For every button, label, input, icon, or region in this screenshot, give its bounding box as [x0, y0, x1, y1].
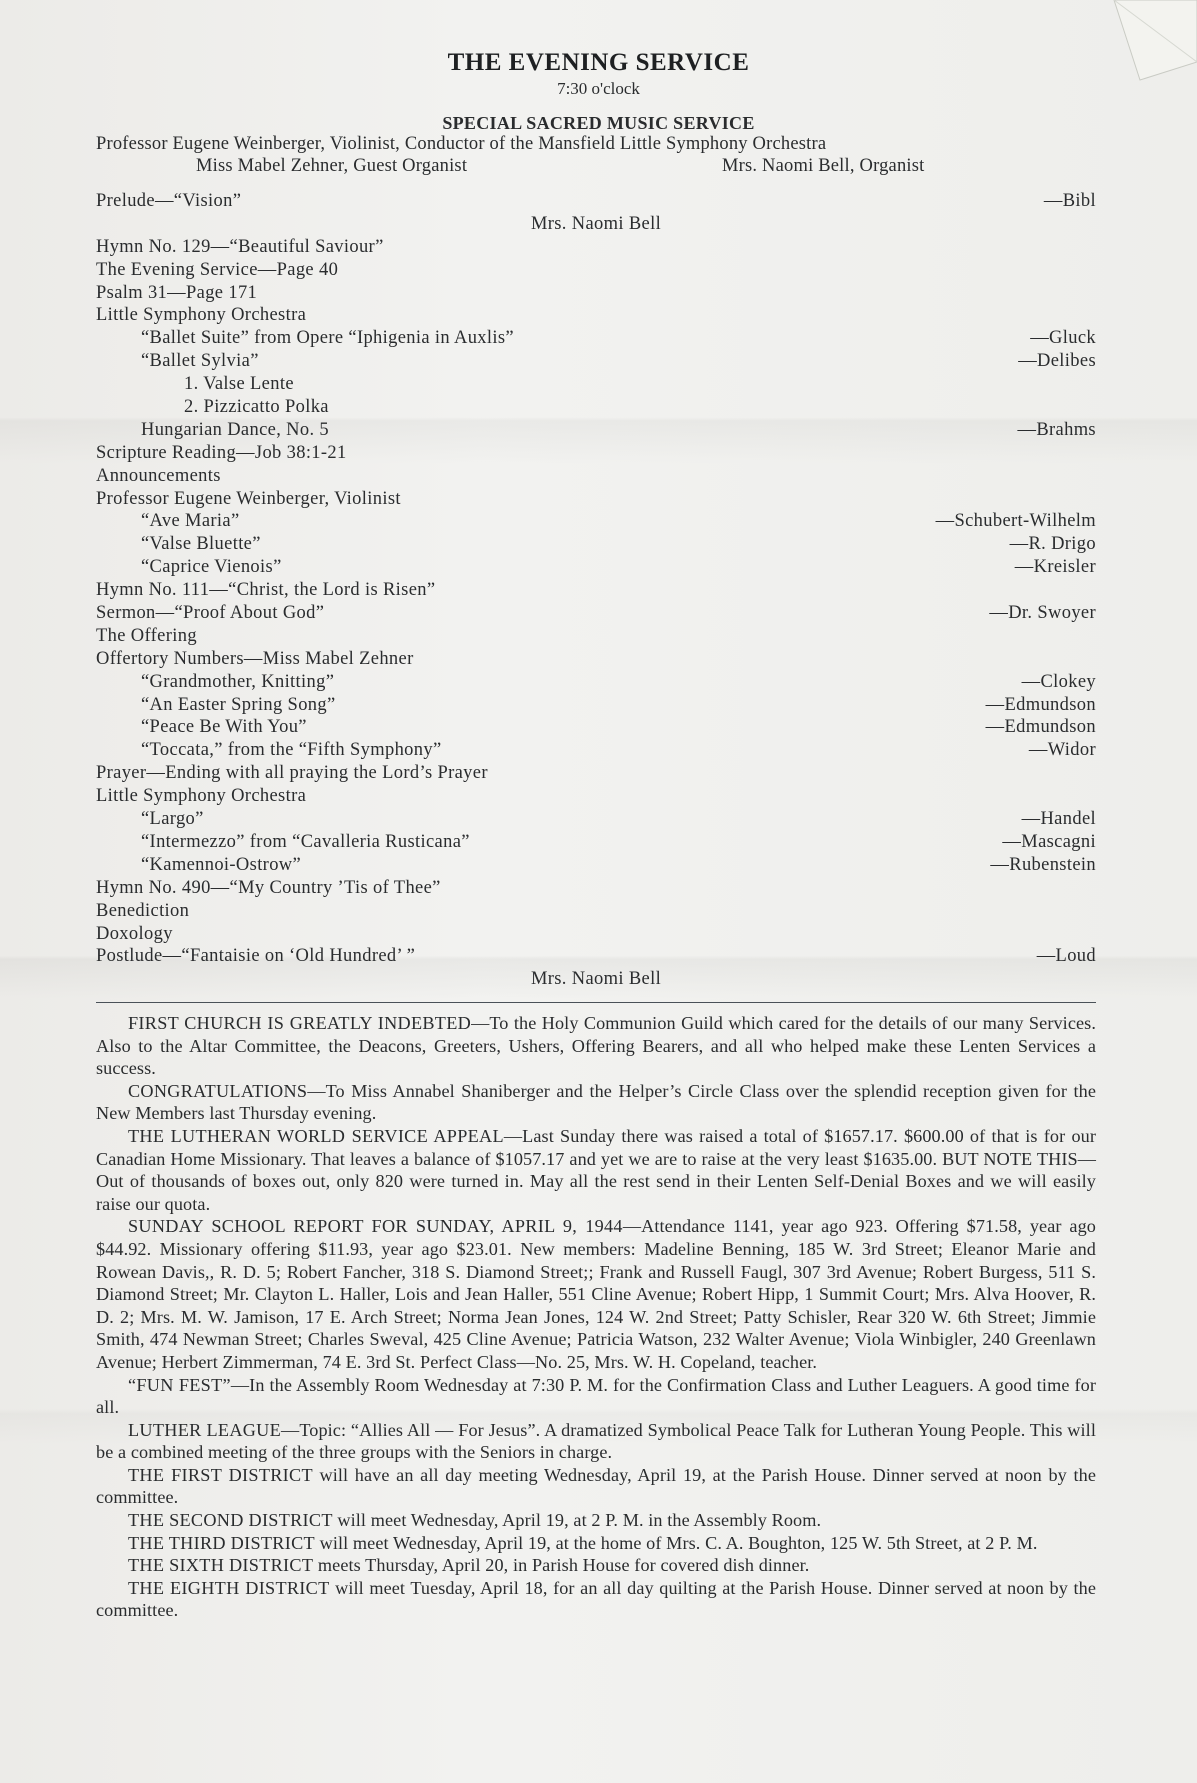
notice-heading: LUTHER LEAGUE: [128, 1420, 281, 1440]
notice-heading: THE FIRST DISTRICT: [128, 1465, 313, 1485]
program-item: 1. Valse Lente: [96, 373, 1096, 396]
notice-paragraph: THE LUTHERAN WORLD SERVICE APPEAL—Last S…: [96, 1125, 1096, 1215]
program-item: Little Symphony Orchestra: [96, 785, 1096, 808]
notice-paragraph: “FUN FEST”—In the Assembly Room Wednesda…: [96, 1374, 1096, 1419]
program-item-composer: —Schubert-Wilhelm: [936, 510, 1096, 533]
program-item: “Peace Be With You”—Edmundson: [96, 716, 1096, 739]
notice-body: will meet Wednesday, April 19, at the ho…: [315, 1533, 1038, 1553]
program-list: Prelude—“Vision”—BiblMrs. Naomi BellHymn…: [96, 190, 1096, 991]
program-item-title: The Offering: [96, 625, 197, 648]
program-item-title: Little Symphony Orchestra: [96, 785, 306, 808]
program-item-title: “Toccata,” from the “Fifth Symphony”: [141, 739, 442, 762]
program-item-title: Prayer—Ending with all praying the Lord’…: [96, 762, 488, 785]
program-item-title: Offertory Numbers—Miss Mabel Zehner: [96, 648, 414, 671]
notice-heading: SUNDAY SCHOOL REPORT FOR SUNDAY, APRIL 9…: [128, 1216, 623, 1236]
notice-heading: FIRST CHURCH IS GREATLY INDEBTED: [128, 1013, 471, 1033]
program-item-title: Mrs. Naomi Bell: [96, 968, 1096, 991]
service-header: THE EVENING SERVICE 7:30 o'clock SPECIAL…: [0, 48, 1197, 134]
program-item: Hymn No. 129—“Beautiful Saviour”: [96, 236, 1096, 259]
program-item-title: “An Easter Spring Song”: [141, 694, 336, 717]
program-item: Hymn No. 111—“Christ, the Lord is Risen”: [96, 579, 1096, 602]
program-item: Professor Eugene Weinberger, Violinist: [96, 488, 1096, 511]
program-item-title: Sermon—“Proof About God”: [96, 602, 324, 625]
notice-paragraph: FIRST CHURCH IS GREATLY INDEBTED—To the …: [96, 1012, 1096, 1080]
program-item-title: “Intermezzo” from “Cavalleria Rusticana”: [141, 831, 470, 854]
program-item: “Ave Maria”—Schubert-Wilhelm: [96, 510, 1096, 533]
notice-paragraph: THE FIRST DISTRICT will have an all day …: [96, 1464, 1096, 1509]
program-item-composer: —Bibl: [1044, 190, 1096, 213]
program-item-title: Scripture Reading—Job 38:1-21: [96, 442, 347, 465]
program-item-title: Prelude—“Vision”: [96, 190, 241, 213]
service-time: 7:30 o'clock: [0, 78, 1197, 100]
program-item-composer: —R. Drigo: [1010, 533, 1096, 556]
program-item: “Caprice Vienois”—Kreisler: [96, 556, 1096, 579]
program-item-title: Postlude—“Fantaisie on ‘Old Hundred’ ”: [96, 945, 415, 968]
program-item-composer: —Rubenstein: [990, 854, 1096, 877]
program-item-composer: —Edmundson: [986, 694, 1096, 717]
notice-heading: THE SECOND DISTRICT: [128, 1510, 333, 1530]
organist: Mrs. Naomi Bell, Organist: [722, 155, 925, 177]
notice-paragraph: THE SIXTH DISTRICT meets Thursday, April…: [96, 1554, 1096, 1577]
program-item-title: Professor Eugene Weinberger, Violinist: [96, 488, 401, 511]
program-item: Mrs. Naomi Bell: [96, 213, 1096, 236]
notice-paragraph: CONGRATULATIONS—To Miss Annabel Shaniber…: [96, 1080, 1096, 1125]
notice-paragraph: SUNDAY SCHOOL REPORT FOR SUNDAY, APRIL 9…: [96, 1215, 1096, 1373]
notice-paragraph: LUTHER LEAGUE—Topic: “Allies All — For J…: [96, 1419, 1096, 1464]
notice-heading: THE EIGHTH DISTRICT: [128, 1578, 330, 1598]
program-item: Prayer—Ending with all praying the Lord’…: [96, 762, 1096, 785]
program-item-title: The Evening Service—Page 40: [96, 259, 338, 282]
program-item: Hungarian Dance, No. 5—Brahms: [96, 419, 1096, 442]
program-item-title: Doxology: [96, 923, 173, 946]
program-item-title: Little Symphony Orchestra: [96, 304, 306, 327]
program-item-composer: —Clokey: [1022, 671, 1096, 694]
notice-heading: THE SIXTH DISTRICT: [128, 1555, 313, 1575]
program-item: “Toccata,” from the “Fifth Symphony”—Wid…: [96, 739, 1096, 762]
notice-body: will meet Wednesday, April 19, at 2 P. M…: [333, 1510, 821, 1530]
notice-paragraph: THE SECOND DISTRICT will meet Wednesday,…: [96, 1509, 1096, 1532]
program-item: “Intermezzo” from “Cavalleria Rusticana”…: [96, 831, 1096, 854]
program-item-title: “Ballet Sylvia”: [141, 350, 259, 373]
program-item-title: “Valse Bluette”: [141, 533, 261, 556]
program-item: “Kamennoi-Ostrow”—Rubenstein: [96, 854, 1096, 877]
program-item-composer: —Dr. Swoyer: [989, 602, 1096, 625]
program-item-title: “Caprice Vienois”: [141, 556, 282, 579]
notice-heading: THE THIRD DISTRICT: [128, 1533, 315, 1553]
notice-body: meets Thursday, April 20, in Parish Hous…: [313, 1555, 809, 1575]
program-item: Mrs. Naomi Bell: [96, 968, 1096, 991]
notices-section: FIRST CHURCH IS GREATLY INDEBTED—To the …: [96, 1012, 1096, 1622]
program-item-title: “Ave Maria”: [141, 510, 240, 533]
program-item: Hymn No. 490—“My Country ’Tis of Thee”: [96, 877, 1096, 900]
page-title: THE EVENING SERVICE: [0, 48, 1197, 78]
performers-block: Professor Eugene Weinberger, Violinist, …: [96, 133, 1096, 177]
program-item-composer: —Delibes: [1018, 350, 1096, 373]
guest-organist: Miss Mabel Zehner, Guest Organist: [196, 155, 467, 177]
program-item-title: Mrs. Naomi Bell: [96, 213, 1096, 236]
program-item-title: Announcements: [96, 465, 221, 488]
notice-paragraph: THE EIGHTH DISTRICT will meet Tuesday, A…: [96, 1577, 1096, 1622]
program-item-title: “Largo”: [141, 808, 204, 831]
notice-paragraph: THE THIRD DISTRICT will meet Wednesday, …: [96, 1532, 1096, 1555]
program-item-title: 1. Valse Lente: [184, 373, 294, 396]
program-item-title: “Ballet Suite” from Opere “Iphigenia in …: [141, 327, 514, 350]
program-item-composer: —Mascagni: [1002, 831, 1096, 854]
program-item: Little Symphony Orchestra: [96, 304, 1096, 327]
program-item: “An Easter Spring Song”—Edmundson: [96, 694, 1096, 717]
program-item: “Ballet Suite” from Opere “Iphigenia in …: [96, 327, 1096, 350]
program-item: “Valse Bluette”—R. Drigo: [96, 533, 1096, 556]
program-item-title: Benediction: [96, 900, 189, 923]
program-item: Announcements: [96, 465, 1096, 488]
notice-body: —In the Assembly Room Wednesday at 7:30 …: [96, 1375, 1096, 1418]
program-item-title: “Grandmother, Knitting”: [141, 671, 334, 694]
notice-heading: “FUN FEST”: [128, 1375, 231, 1395]
program-item-title: Hungarian Dance, No. 5: [141, 419, 329, 442]
program-item-title: “Peace Be With You”: [141, 716, 307, 739]
program-item-composer: —Brahms: [1017, 419, 1096, 442]
program-item: “Grandmother, Knitting”—Clokey: [96, 671, 1096, 694]
program-item-composer: —Edmundson: [986, 716, 1096, 739]
program-item: Offertory Numbers—Miss Mabel Zehner: [96, 648, 1096, 671]
notice-heading: CONGRATULATIONS: [128, 1081, 307, 1101]
program-item-composer: —Handel: [1022, 808, 1096, 831]
section-subtitle: SPECIAL SACRED MUSIC SERVICE: [0, 112, 1197, 134]
program-item: Psalm 31—Page 171: [96, 282, 1096, 305]
program-item-title: Hymn No. 490—“My Country ’Tis of Thee”: [96, 877, 441, 900]
notice-body: —Attendance 1141, year ago 923. Offering…: [96, 1216, 1096, 1372]
program-item: Doxology: [96, 923, 1096, 946]
program-item: “Ballet Sylvia”—Delibes: [96, 350, 1096, 373]
section-divider: [96, 1002, 1096, 1003]
program-item: Prelude—“Vision”—Bibl: [96, 190, 1096, 213]
program-item-composer: —Widor: [1029, 739, 1096, 762]
program-item: Sermon—“Proof About God”—Dr. Swoyer: [96, 602, 1096, 625]
program-item-composer: —Loud: [1037, 945, 1096, 968]
program-item-composer: —Gluck: [1030, 327, 1096, 350]
program-item: Postlude—“Fantaisie on ‘Old Hundred’ ”—L…: [96, 945, 1096, 968]
program-item-title: 2. Pizzicatto Polka: [184, 396, 329, 419]
program-item-title: Psalm 31—Page 171: [96, 282, 257, 305]
conductor-line: Professor Eugene Weinberger, Violinist, …: [96, 133, 1096, 155]
program-item-title: Hymn No. 129—“Beautiful Saviour”: [96, 236, 384, 259]
notice-heading: THE LUTHERAN WORLD SERVICE APPEAL: [128, 1126, 504, 1146]
program-item: The Offering: [96, 625, 1096, 648]
program-item-title: “Kamennoi-Ostrow”: [141, 854, 301, 877]
program-item: Benediction: [96, 900, 1096, 923]
program-item: “Largo”—Handel: [96, 808, 1096, 831]
program-item: The Evening Service—Page 40: [96, 259, 1096, 282]
program-item-title: Hymn No. 111—“Christ, the Lord is Risen”: [96, 579, 435, 602]
program-item: 2. Pizzicatto Polka: [96, 396, 1096, 419]
program-item-composer: —Kreisler: [1015, 556, 1096, 579]
program-item: Scripture Reading—Job 38:1-21: [96, 442, 1096, 465]
